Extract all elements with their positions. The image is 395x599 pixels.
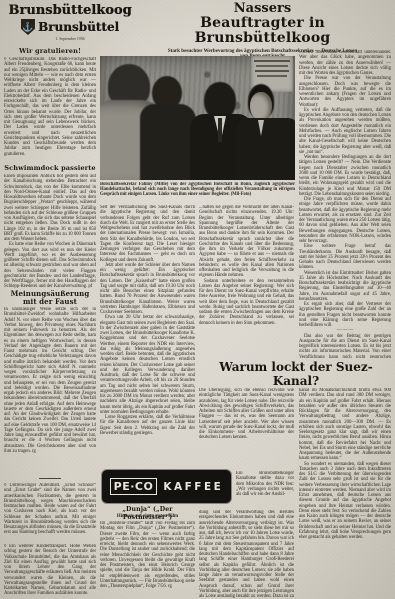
paragraph: Die Überlegung, sich die ebenso reizvoll… [199,388,294,441]
paragraph: ◊ Unfreiwilliger Aufenthalt. „Ernst Schn… [4,483,96,536]
paragraph: Ein Brunsbüttelkooger Kanallotse stellte… [236,471,294,497]
article-column-2: Seit der Verstaatlichung des Suez-Kanals… [100,205,195,467]
paragraph: Werden besondere Bedingungen an die dort… [299,155,391,197]
ad-brand: PE·CO [110,478,158,495]
paragraph: Einen imposanten Anblick bot gestern dem… [4,174,96,242]
masthead: Brunsbüttelkoog ⚓ Brunsbüttel 1. Septemb… [6,4,134,48]
suez-column-3-bottom: dung und der Verantwortung des Berufes e… [199,510,294,598]
paragraph: ...schen Suez-Kanal-Gesellschaft unterei… [299,50,391,76]
lead-headline-block: Nassers Beauftragter in Brunsbüttelkoog … [132,2,393,50]
local-trawler-paragraph: ◊ Unfreiwilliger Aufenthalt. „Ernst Schn… [4,483,96,542]
paragraph: Es ergab sich aber, daß der Vertreter de… [299,302,391,328]
paragraph: Es hatte eine Reihe von Wochen in Dänema… [4,242,96,288]
paragraph: Sodann unterbreitete er den versammelten… [199,279,294,326]
section-divider [39,478,61,479]
paragraph: Eine weitere Frage betraf das Treuhänder… [299,244,391,270]
article-column-3: ...hatten sie gegen die Vollmacht der al… [199,205,294,358]
paragraph: ◊ Geschäftsjubiläum. Das Radio-Fachgesch… [4,57,96,157]
paragraph: Die Presse war von der Veranstaltung aus… [299,76,391,108]
local-jubilee-paragraph: ◊ Geschäftsjubiläum. Das Radio-Fachgesch… [4,57,96,164]
paragraph: So wundert es niemanden, daß wegen diese… [299,462,391,541]
attache-tie [218,118,222,142]
coat-of-arms-icon: ⚓ [21,19,35,35]
companion-body [140,104,196,180]
local-dock-paragraphs: Einen imposanten Anblick bot gestern dem… [4,174,96,288]
paragraph: Es wird die Auffassung vertreten, daß di… [299,108,391,155]
peco-coffee-ad: PE·CO KAFFEE [102,470,231,503]
suez-column-4: kanal im Monatsdurchschnitt brutto etwa … [299,388,391,598]
photo-credit: (Mil-Foto) [231,192,251,197]
article-photo [100,56,295,180]
suez-column-3-top: Die Überlegung, sich die ebenso reizvoll… [199,388,294,468]
subheading-dunja: Hinweis auf einen guten Film [100,514,195,519]
masthead-subtitle: Brunsbüttel [38,20,119,34]
article-column-4: ...schen Suez-Kanal-Gesellschaft unterei… [299,50,391,358]
masthead-title: Brunsbüttelkoog [6,4,134,18]
suez-column-3-narrow: Ein Brunsbüttelkooger Kanallotse stellte… [236,471,294,507]
headline-main: Beauftragter in Brunsbüttelkoog [132,16,393,46]
caption-text: Botschaftssekretär Fahmy (Mitte) von der… [100,182,295,197]
masthead-dateline: 1. September 1956 [6,37,134,41]
pilot-right-body [236,118,295,180]
heading-schwimmdock: Schwimmdock passierte [4,165,96,173]
paragraph: dung und der Verantwortung des Berufes e… [199,510,294,598]
heading-line: mit der Faust [4,298,96,306]
film-review-paragraph: Im „Holstein-Theater“ läuft von Freitag … [100,521,195,598]
paragraph: Seit der Verstaatlichung des Suez-Kanals… [100,205,195,263]
paragraph: Jetzt aber wurde der Schleier über dem N… [100,263,195,316]
paragraph: Lotse Roggatzen erklärte, daß die Verhäl… [100,415,195,436]
pilot-right-face [250,92,272,120]
photo-caption: Botschaftssekretär Fahmy (Mitte) von der… [100,182,295,202]
paragraph: kanal im Monatsdurchschnitt brutto etwa … [299,388,391,462]
heading-wir-gratulieren: Wir gratulieren! [4,48,96,56]
paragraph: Wesentlich ist das Eintrittsalter: Bishe… [299,271,391,303]
newspaper-page: { "colors": { "paper": "#d7d3c9", "ink":… [0,0,395,599]
local-court-paragraph: In unzulässiger Weise setzte sich der in… [4,307,96,475]
ad-product: KAFFEE [163,481,223,493]
heading-meinungsaeusserung: Meinungsäußerung mit der Faust [4,290,96,305]
paragraph: Die Frage, ob man sich für den Dienst au… [299,197,391,244]
paragraph: Das also war der Beitrag der gestrigen A… [299,334,391,359]
paragraph: ...hatten sie gegen die Vollmacht der al… [199,205,294,279]
headline-top: Nassers [132,2,393,16]
caption-body: Botschaftssekretär Fahmy (Mitte) von der… [100,182,295,197]
paragraph: In unzulässiger Weise setzte sich der in… [4,307,96,454]
paragraph: Im „Holstein-Theater“ läuft von Freitag … [100,521,195,589]
paragraph: Etwa um 20 Uhr betrat der schwarzhaarige… [100,315,195,415]
local-school-paragraph: ◊ Ein weiterer Kindertransport. Hohe Wel… [4,544,96,598]
heading-suez-kanal: Warum lockt der Suez-Kanal? [199,360,393,388]
paragraph: ◊ Ein weiterer Kindertransport. Hohe Wel… [4,544,96,597]
